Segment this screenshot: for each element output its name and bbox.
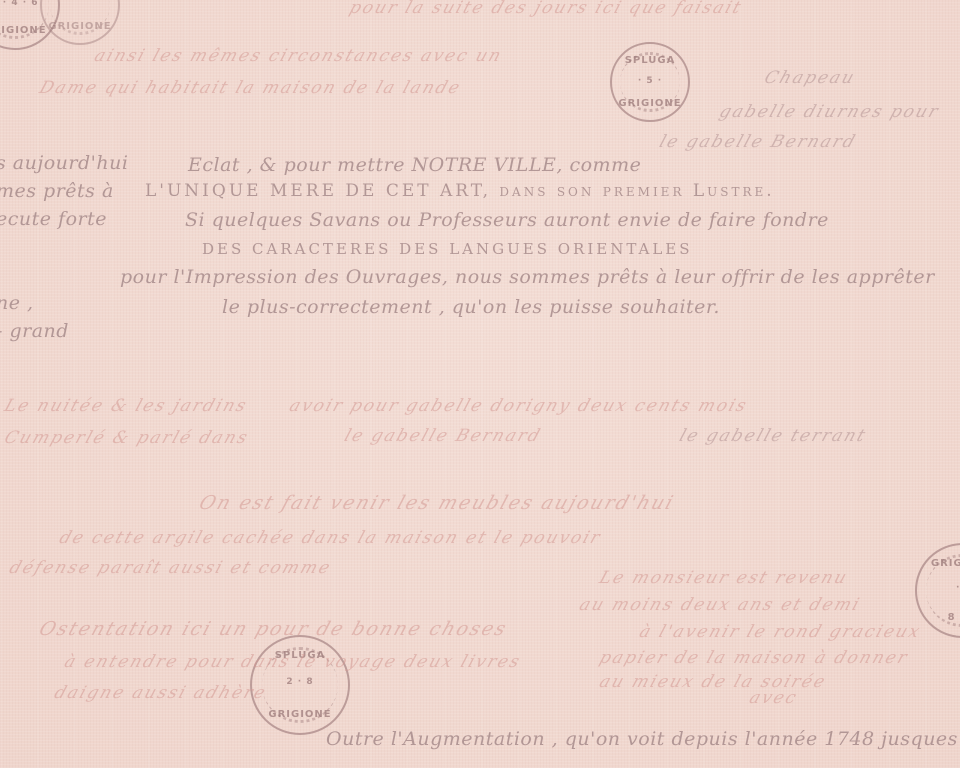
handwriting-line: daigne aussi adhère bbox=[52, 683, 270, 703]
printed-text-line: Eclat , & pour mettre NOTRE VILLE, comme bbox=[188, 154, 641, 176]
printed-fragment: - grand bbox=[0, 320, 69, 342]
printed-fragment: ne , bbox=[0, 292, 34, 314]
printed-text-line: DES CARACTERES DES LANGUES ORIENTALES bbox=[202, 240, 693, 258]
printed-text-line: Si quelques Savans ou Professeurs auront… bbox=[185, 209, 829, 231]
printed-fragment: s aujourd'hui bbox=[0, 152, 128, 174]
handwriting-line: Le monsieur est revenu bbox=[597, 568, 851, 588]
printed-text-line: L'UNIQUE MERE DE CET ART, dans son premi… bbox=[145, 181, 775, 201]
printed-fragment: mes prêts à bbox=[0, 180, 114, 202]
handwriting-line: avoir pour gabelle dorigny deux cents mo… bbox=[287, 396, 751, 416]
postmark-stamp-top-left-2: GRIGIONE bbox=[40, 0, 120, 45]
postmark-stamp-top-center: SPLUGA · 5 · GRIGIONE bbox=[610, 42, 690, 122]
handwriting-line: Ostentation ici un pour de bonne choses bbox=[36, 618, 510, 640]
handwriting-line: avec bbox=[747, 688, 801, 708]
handwriting-line: le gabelle Bernard bbox=[342, 426, 544, 446]
handwriting-line: On est fait venir les meubles aujourd'hu… bbox=[196, 492, 677, 514]
handwriting-line: Chapeau bbox=[762, 68, 859, 88]
handwriting-line: pour la suite des jours ici que faisait bbox=[347, 0, 745, 18]
handwriting-line: au moins deux ans et demi bbox=[577, 595, 864, 615]
handwriting-line: à l'avenir le rond gracieux bbox=[637, 622, 924, 642]
handwriting-line: gabelle diurnes pour bbox=[717, 102, 943, 122]
wallpaper-background: SPLUGA 2 · 4 · 6 GRIGIONE GRIGIONE SPLUG… bbox=[0, 0, 960, 768]
printed-text-line: le plus-correctement , qu'on les puisse … bbox=[222, 296, 720, 318]
handwriting-line: le gabelle terrant bbox=[677, 426, 870, 446]
printed-text-line: Outre l'Augmentation , qu'on voit depuis… bbox=[326, 728, 958, 750]
printed-text-line: pour l'Impression des Ouvrages, nous som… bbox=[120, 266, 935, 288]
handwriting-line: papier de la maison à donner bbox=[597, 648, 911, 668]
handwriting-line: Dame qui habitait la maison de la lande bbox=[37, 78, 464, 98]
printed-fragment: ecute forte bbox=[0, 208, 107, 230]
handwriting-line: Cumperlé & parlé dans bbox=[2, 428, 252, 448]
handwriting-line: de cette argile cachée dans la maison et… bbox=[57, 528, 604, 548]
handwriting-line: défense paraît aussi et comme bbox=[7, 558, 335, 578]
handwriting-line: à entendre pour dans le voyage deux livr… bbox=[62, 652, 524, 672]
handwriting-line: Le nuitée & les jardins bbox=[2, 396, 251, 416]
handwriting-line: ainsi les mêmes circonstances avec un bbox=[92, 46, 505, 66]
handwriting-line: le gabelle Bernard bbox=[657, 132, 859, 152]
